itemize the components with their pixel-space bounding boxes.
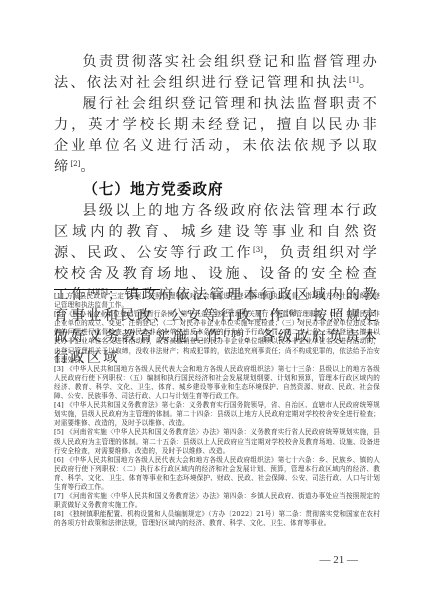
paragraph-text: 履行社会组织登记管理和执法监督职责不力，英才学校长期未经登记，擅自以民办非企业单…	[54, 96, 379, 175]
footnote-2: [2] 《民办非企业单位登记管理暂行条例》第十九条：登记管理机关履行下列监督管理…	[54, 310, 380, 365]
footnote-1: [1] 方城县民政局“三定”方案：按照管理权限对社会组织进行登记管理和执法监督，…	[54, 292, 380, 310]
footnote-6: [6] 《中华人民共和国地方各级人民代表大会和地方各级人民政府组织法》第七十六条…	[54, 456, 380, 492]
footnote-divider	[54, 289, 160, 290]
footnote-ref[interactable]: [2]	[70, 160, 80, 168]
footnote-ref[interactable]: [1]	[349, 76, 359, 84]
footnote-3: [3] 《中华人民共和国地方各级人民代表大会和地方各级人民政府组织法》第七十三条…	[54, 365, 380, 401]
punctuation: 。	[359, 75, 375, 91]
page-number: — 21 —	[320, 554, 359, 566]
footnote-7: [7] 《河南省实施〈中华人民共和国义务教育法〉办法》第四条：乡镇人民政府、街道…	[54, 492, 380, 510]
page-number-row: — 21 —	[0, 548, 430, 567]
footnote-ref[interactable]: [3]	[253, 246, 263, 254]
paragraph-failure: 履行社会组织登记管理和执法监督职责不力，英才学校长期未经登记，擅自以民办非企业单…	[54, 94, 379, 178]
footnote-8: [8] 《独树镇职能配置、机构设置和人员编制规定》（方办〔2022〕21号）第二…	[54, 510, 380, 528]
paragraph-text: 负责贯彻落实社会组织登记和监督管理办法、依法对社会组织进行登记管理和执法	[54, 54, 379, 91]
document-page: 负责贯彻落实社会组织登记和监督管理办法、依法对社会组织进行登记管理和执法[1]。…	[0, 0, 430, 589]
footnote-5: [5] 《河南省实施〈中华人民共和国义务教育法〉办法》第四条：义务教育实行省人民…	[54, 428, 380, 455]
footnotes: [1] 方城县民政局“三定”方案：按照管理权限对社会组织进行登记管理和执法监督，…	[54, 292, 380, 528]
punctuation: 。	[80, 159, 96, 175]
footnote-4: [4] 《中华人民共和国义务教育法》第七条：义务教育实行国务院领导，省、自治区、…	[54, 401, 380, 428]
section-heading: （七）地方党委政府	[54, 179, 379, 201]
paragraph-registration-duty: 负责贯彻落实社会组织登记和监督管理办法、依法对社会组织进行登记管理和执法[1]。	[54, 52, 379, 94]
